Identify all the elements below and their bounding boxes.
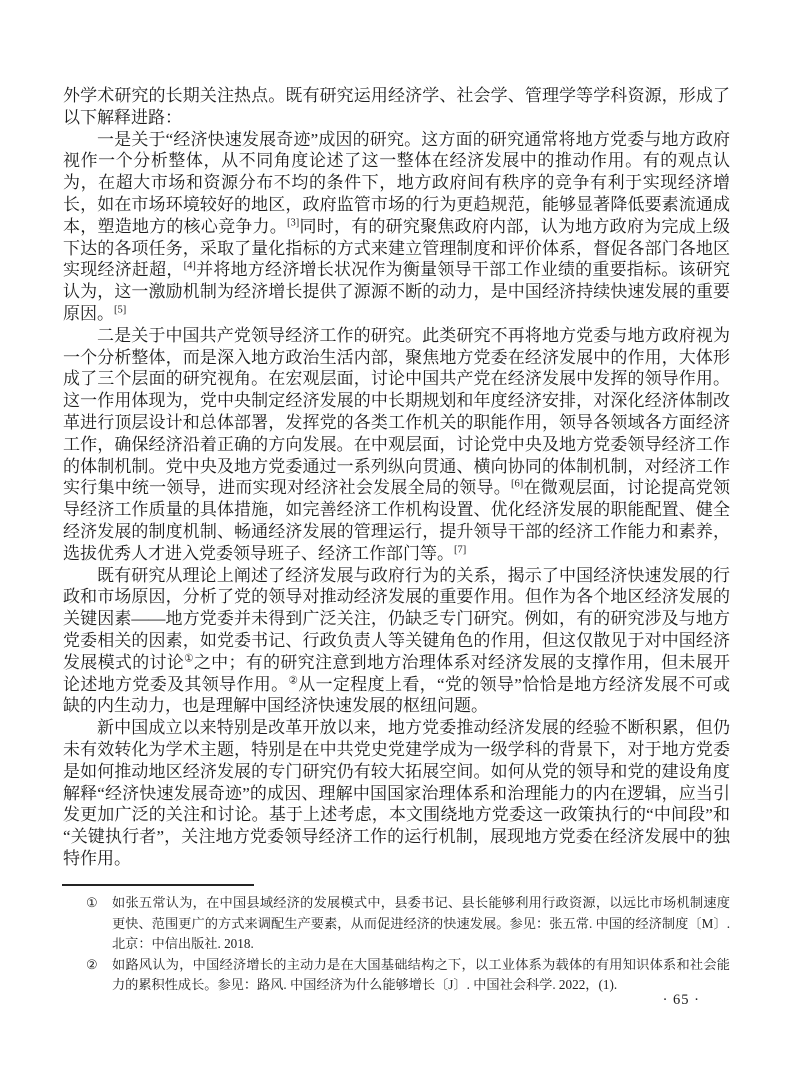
footnote-reference: ① xyxy=(184,653,194,664)
footnote-separator-rule xyxy=(62,884,254,886)
footnotes-section: ①如张五常认为，在中国县域经济的发展模式中，县委书记、县长能够利用行政资源，以远… xyxy=(86,893,730,996)
footnote-item: ②如路风认为，中国经济增长的主动力是在大国基础结构之下，以工业体系为载体的有用知… xyxy=(86,955,730,996)
footnote-marker: ① xyxy=(86,893,112,914)
paragraph: 新中国成立以来特别是改革开放以来，地方党委推动经济发展的经验不断积累，但仍未有效… xyxy=(63,717,730,870)
paragraph: 外学术研究的长期关注热点。既有研究运用经济学、社会学、管理学等学科资源，形成了以… xyxy=(63,85,730,129)
paragraph: 二是关于中国共产党领导经济工作的研究。此类研究不再将地方党委与地方政府视为一个分… xyxy=(63,325,730,565)
page-number: · 65 · xyxy=(663,992,700,1009)
footnote-reference: [7] xyxy=(454,544,466,555)
footnote-text: 如张五常认为，在中国县域经济的发展模式中，县委书记、县长能够利用行政资源，以远比… xyxy=(112,893,730,955)
footnote-reference: [3] xyxy=(287,217,299,228)
document-page: 外学术研究的长期关注热点。既有研究运用经济学、社会学、管理学等学科资源，形成了以… xyxy=(0,0,793,1077)
paragraph: 一是关于“经济快速发展奇迹”成因的研究。这方面的研究通常将地方党委与地方政府视作… xyxy=(63,129,730,325)
footnote-reference: [6] xyxy=(511,479,523,490)
footnote-reference: ② xyxy=(289,675,299,686)
footnote-reference: [5] xyxy=(114,304,126,315)
footnote-text: 如路风认为，中国经济增长的主动力是在大国基础结构之下，以工业体系为载体的有用知识… xyxy=(112,955,730,996)
footnote-item: ①如张五常认为，在中国县域经济的发展模式中，县委书记、县长能够利用行政资源，以远… xyxy=(86,893,730,955)
footnote-reference: [4] xyxy=(184,261,196,272)
footnote-marker: ② xyxy=(86,955,112,976)
article-body: 外学术研究的长期关注热点。既有研究运用经济学、社会学、管理学等学科资源，形成了以… xyxy=(63,85,730,870)
paragraph: 既有研究从理论上阐述了经济发展与政府行为的关系，揭示了中国经济快速发展的行政和市… xyxy=(63,565,730,718)
